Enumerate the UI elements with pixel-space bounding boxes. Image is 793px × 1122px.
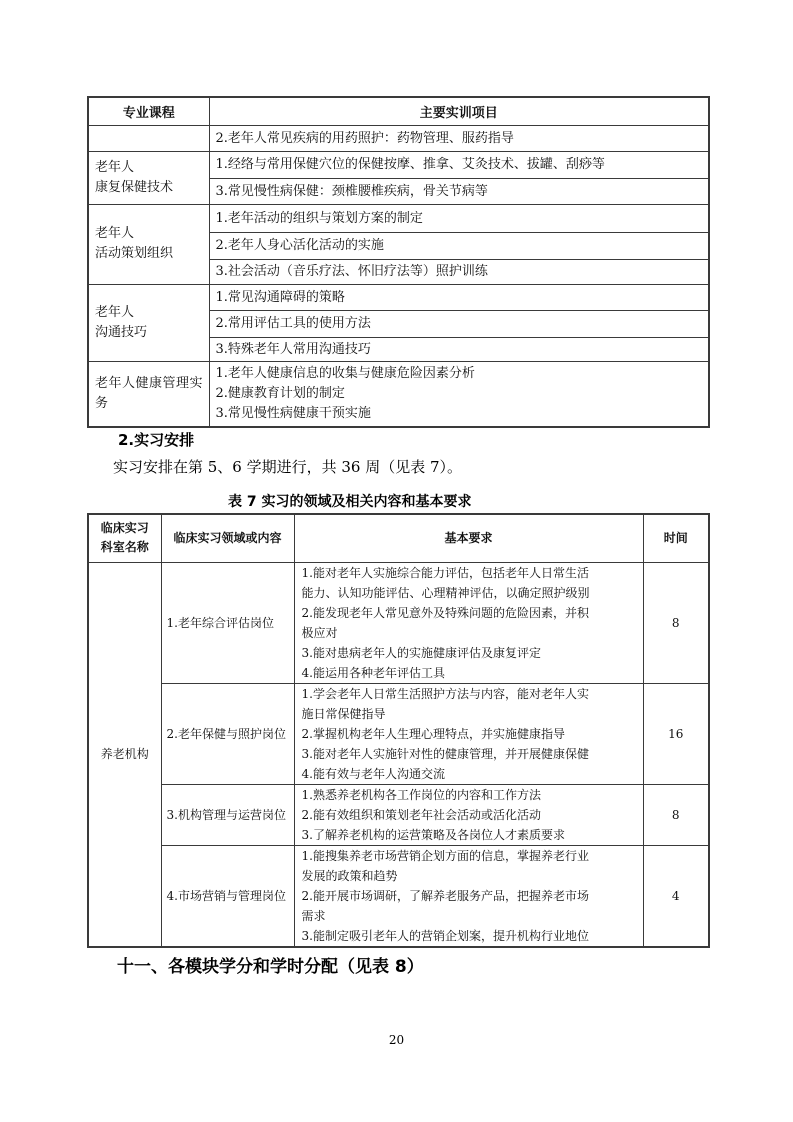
table-row: 老年人健康管理实务 1.老年人健康信息的收集与健康危险因素分析 2.健康教育计划… — [88, 361, 709, 427]
project-cell: 3.常见慢性病保健：颈椎腰椎疾病，骨关节病等 — [209, 178, 709, 204]
project-cell: 2.常用评估工具的使用方法 — [209, 310, 709, 337]
table-row: 3.机构管理与运营岗位 1.熟悉养老机构各工作岗位的内容和工作方法 2.能有效组… — [88, 784, 709, 845]
table-row: 老年人 沟通技巧 1.常见沟通障碍的策略 — [88, 284, 709, 310]
hours-cell: 16 — [643, 683, 709, 784]
course-cell: 老年人 康复保健技术 — [88, 151, 209, 204]
project-cell: 3.特殊老年人常用沟通技巧 — [209, 337, 709, 361]
hours-cell: 8 — [643, 562, 709, 683]
hours-cell: 4 — [643, 845, 709, 947]
area-cell: 3.机构管理与运营岗位 — [161, 784, 294, 845]
course-cell: 老年人健康管理实务 — [88, 361, 209, 427]
table-row: 老年人 康复保健技术 1.经络与常用保健穴位的保健按摩、推拿、艾灸技术、拔罐、刮… — [88, 151, 709, 178]
area-cell: 4.市场营销与管理岗位 — [161, 845, 294, 947]
page-number: 20 — [0, 1033, 793, 1047]
project-cell: 1.老年人健康信息的收集与健康危险因素分析 2.健康教育计划的制定 3.常见慢性… — [209, 361, 709, 427]
section-heading: 十一、各模块学分和学时分配（见表 8） — [117, 955, 424, 979]
course-cell: 老年人 活动策划组织 — [88, 204, 209, 284]
area-cell: 1.老年综合评估岗位 — [161, 562, 294, 683]
hours-cell: 8 — [643, 784, 709, 845]
table-row: 养老机构 1.老年综合评估岗位 1.能对老年人实施综合能力评估，包括老年人日常生… — [88, 562, 709, 683]
area-cell: 2.老年保健与照护岗位 — [161, 683, 294, 784]
course-cell — [88, 125, 209, 151]
column-header-department: 临床实习 科室名称 — [88, 514, 161, 562]
project-cell: 1.经络与常用保健穴位的保健按摩、推拿、艾灸技术、拔罐、刮痧等 — [209, 151, 709, 178]
training-projects-table: 专业课程 主要实训项目 2.老年人常见疾病的用药照护：药物管理、服药指导 老年人… — [87, 96, 710, 428]
internship-fields-table: 临床实习 科室名称 临床实习领域或内容 基本要求 时间 养老机构 1.老年综合评… — [87, 513, 710, 948]
column-header-requirements: 基本要求 — [294, 514, 643, 562]
requirements-cell: 1.熟悉养老机构各工作岗位的内容和工作方法 2.能有效组织和策划老年社会活动或活… — [294, 784, 643, 845]
table-row: 2.老年人常见疾病的用药照护：药物管理、服药指导 — [88, 125, 709, 151]
document-page: 专业课程 主要实训项目 2.老年人常见疾病的用药照护：药物管理、服药指导 老年人… — [0, 0, 793, 1122]
column-header-course: 专业课程 — [88, 97, 209, 125]
requirements-cell: 1.能对老年人实施综合能力评估，包括老年人日常生活能力、认知功能评估、心理精神评… — [294, 562, 643, 683]
column-header-area: 临床实习领域或内容 — [161, 514, 294, 562]
project-cell: 3.社会活动（音乐疗法、怀旧疗法等）照护训练 — [209, 259, 709, 284]
subsection-heading: 2.实习安排 — [118, 430, 194, 450]
project-cell: 1.老年活动的组织与策划方案的制定 — [209, 204, 709, 232]
requirements-cell: 1.学会老年人日常生活照护方法与内容，能对老年人实施日常保健指导 2.掌握机构老… — [294, 683, 643, 784]
table7-title: 表 7 实习的领域及相关内容和基本要求 — [228, 493, 472, 512]
requirements-cell: 1.能搜集养老市场营销企划方面的信息，掌握养老行业发展的政策和趋势 2.能开展市… — [294, 845, 643, 947]
project-cell: 1.常见沟通障碍的策略 — [209, 284, 709, 310]
column-header-hours: 时间 — [643, 514, 709, 562]
table-row: 2.老年保健与照护岗位 1.学会老年人日常生活照护方法与内容，能对老年人实施日常… — [88, 683, 709, 784]
project-cell: 2.老年人身心活化活动的实施 — [209, 232, 709, 259]
table-header-row: 专业课程 主要实训项目 — [88, 97, 709, 125]
table-row: 4.市场营销与管理岗位 1.能搜集养老市场营销企划方面的信息，掌握养老行业发展的… — [88, 845, 709, 947]
table-row: 老年人 活动策划组织 1.老年活动的组织与策划方案的制定 — [88, 204, 709, 232]
department-cell: 养老机构 — [88, 562, 161, 947]
project-cell: 2.老年人常见疾病的用药照护：药物管理、服药指导 — [209, 125, 709, 151]
column-header-projects: 主要实训项目 — [209, 97, 709, 125]
table-header-row: 临床实习 科室名称 临床实习领域或内容 基本要求 时间 — [88, 514, 709, 562]
course-cell: 老年人 沟通技巧 — [88, 284, 209, 361]
body-paragraph: 实习安排在第 5、6 学期进行，共 36 周（见表 7）。 — [113, 457, 462, 478]
